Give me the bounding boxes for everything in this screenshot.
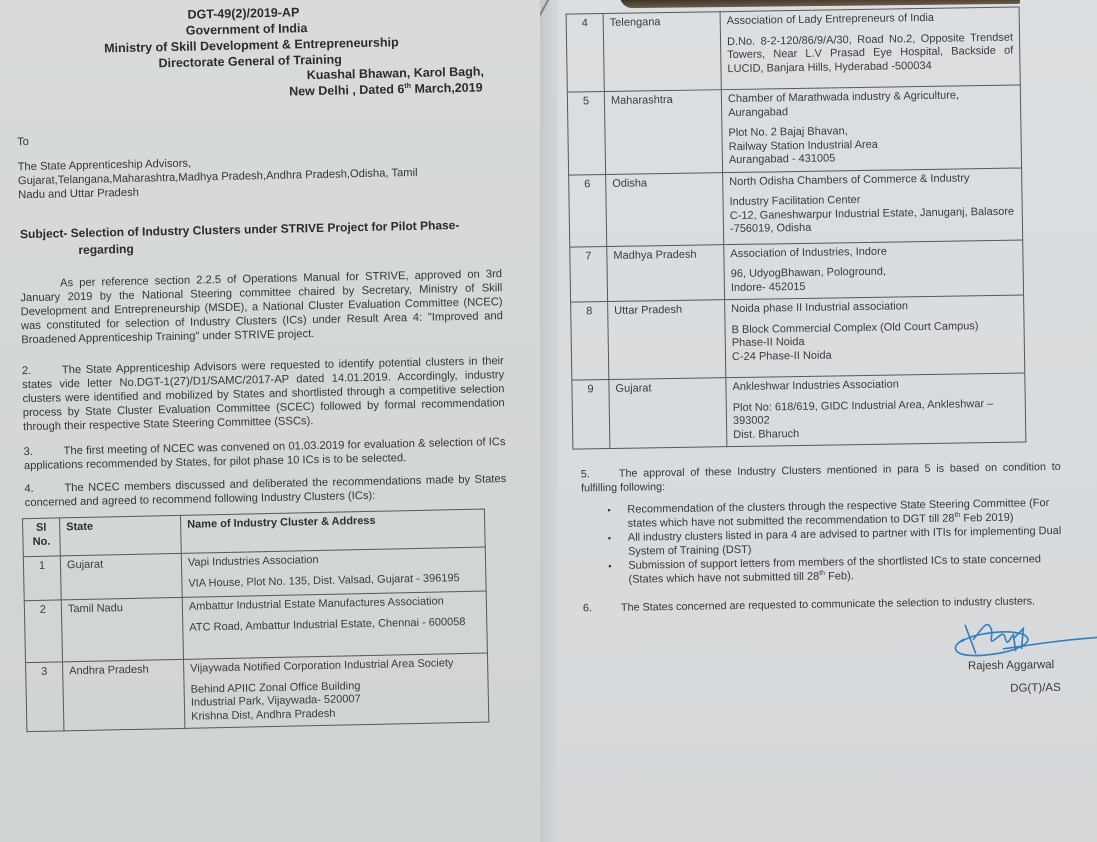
cell-sl-no: 1 bbox=[23, 556, 61, 601]
signature-icon bbox=[943, 607, 1097, 662]
conditions-list: Recommendation of the clusters through t… bbox=[605, 497, 1064, 588]
signatory-title: DG(T)/AS bbox=[1010, 682, 1061, 695]
condition-item: Submission of support letters from membe… bbox=[606, 553, 1064, 587]
signatory-name: Rajesh Aggarwal bbox=[968, 659, 1054, 672]
cluster-address: Plot No. 2 Bajaj Bhavan, Railway Station… bbox=[728, 123, 1015, 168]
cell-state: Tamil Nadu bbox=[61, 597, 183, 662]
to-label: To bbox=[17, 135, 29, 149]
cluster-name: Ambattur Industrial Estate Manufactures … bbox=[189, 595, 480, 615]
cell-sl-no: 6 bbox=[569, 174, 607, 247]
cell-state: Gujarat bbox=[609, 378, 727, 449]
cell-state: Telengana bbox=[603, 12, 721, 92]
cluster-name: Vijaywada Notified Corporation Industria… bbox=[190, 657, 481, 677]
industry-cluster-table-part-2: 4TelenganaAssociation of Lady Entreprene… bbox=[566, 7, 1027, 450]
letter-page-1: DGT-49(2)/2019-AP Government of India Mi… bbox=[0, 0, 540, 842]
cluster-address: Industry Facilitation Center C-12, Ganes… bbox=[729, 192, 1016, 237]
paragraph-4: 4.The NCEC members discussed and deliber… bbox=[24, 472, 506, 510]
cell-state: Andhra Pradesh bbox=[63, 659, 185, 731]
header-sl-no: Sl No. bbox=[23, 518, 61, 557]
cluster-name: Association of Lady Entrepreneurs of Ind… bbox=[727, 11, 1013, 29]
industry-cluster-table-part-1: Sl No. State Name of Industry Cluster & … bbox=[22, 509, 489, 733]
cell-sl-no: 2 bbox=[24, 600, 62, 663]
cluster-name: Vapi Industries Association bbox=[188, 551, 479, 571]
cell-state: Uttar Pradesh bbox=[608, 300, 726, 380]
cell-state: Madhya Pradesh bbox=[607, 244, 725, 301]
cell-cluster: Ankleshwar Industries AssociationPlot No… bbox=[726, 373, 1026, 447]
letter-page-2: 4TelenganaAssociation of Lady Entreprene… bbox=[540, 0, 1097, 842]
cell-cluster: Noida phase II Industrial associationB B… bbox=[725, 295, 1025, 378]
cell-cluster: Association of Industries, Indore96, Udy… bbox=[724, 239, 1024, 299]
cluster-address: 96, UdyogBhawan, Pologround, Indore- 452… bbox=[731, 264, 1017, 295]
cluster-address: Behind APIIC Zonal Office Building Indus… bbox=[190, 677, 482, 724]
paragraph-5: 5.The approval of these Industry Cluster… bbox=[581, 460, 1061, 496]
reference-number: DGT-49(2)/2019-AP bbox=[187, 5, 299, 21]
cell-cluster: North Odisha Chambers of Commerce & Indu… bbox=[723, 167, 1023, 244]
table-row: 7Madhya PradeshAssociation of Industries… bbox=[570, 239, 1024, 302]
cluster-name: Association of Industries, Indore bbox=[730, 243, 1016, 261]
office-address: Kuashal Bhawan, Karol Bagh, bbox=[307, 64, 484, 82]
cell-cluster: Association of Lady Entrepreneurs of Ind… bbox=[720, 7, 1020, 90]
cluster-name: North Odisha Chambers of Commerce & Indu… bbox=[729, 171, 1015, 189]
cell-cluster: Vijaywada Notified Corporation Industria… bbox=[183, 653, 488, 728]
table-row: 9GujaratAnkleshwar Industries Associatio… bbox=[572, 373, 1026, 449]
cell-cluster: Vapi Industries AssociationVIA House, Pl… bbox=[181, 547, 486, 597]
paragraph-1: As per reference section 2.2.5 of Operat… bbox=[20, 267, 503, 347]
cluster-address: VIA House, Plot No. 135, Dist. Valsad, G… bbox=[188, 571, 479, 591]
cell-sl-no: 7 bbox=[570, 246, 608, 302]
table-row: 8Uttar PradeshNoida phase II Industrial … bbox=[571, 295, 1025, 380]
table-row: 6OdishaNorth Odisha Chambers of Commerce… bbox=[569, 167, 1023, 246]
header-cluster-name-address: Name of Industry Cluster & Address bbox=[180, 509, 485, 553]
cluster-address: B Block Commercial Complex (Old Court Ca… bbox=[731, 319, 1018, 364]
paragraph-3: 3.The first meeting of NCEC was convened… bbox=[23, 435, 505, 473]
cell-sl-no: 5 bbox=[567, 92, 605, 175]
cell-sl-no: 9 bbox=[572, 379, 610, 449]
cluster-address: D.No. 8-2-120/86/9/A/30, Road No.2, Oppo… bbox=[727, 31, 1014, 76]
cluster-address: ATC Road, Ambattur Industrial Estate, Ch… bbox=[189, 615, 480, 635]
table-row: 2Tamil NaduAmbattur Industrial Estate Ma… bbox=[24, 591, 487, 663]
cell-sl-no: 4 bbox=[566, 14, 604, 93]
org-government: Government of India bbox=[186, 21, 308, 38]
table-row: 3Andhra PradeshVijaywada Notified Corpor… bbox=[26, 653, 489, 732]
table-row: 5MaharashtraChamber of Marathwada indust… bbox=[567, 85, 1021, 175]
subject-line: Subject- Selection of Industry Clusters … bbox=[20, 217, 460, 260]
cluster-name: Ankleshwar Industries Association bbox=[732, 377, 1018, 395]
header-state: State bbox=[60, 515, 182, 556]
cell-cluster: Ambattur Industrial Estate Manufactures … bbox=[182, 591, 487, 659]
cell-state: Maharashtra bbox=[604, 90, 722, 174]
cluster-address: Plot No: 618/619, GIDC Industrial Area, … bbox=[733, 397, 1020, 442]
paragraph-2: 2.The State Apprenticeship Advisors were… bbox=[22, 354, 505, 434]
cluster-name: Chamber of Marathwada industry & Agricul… bbox=[728, 89, 1014, 120]
cell-state: Gujarat bbox=[60, 553, 182, 600]
cell-state: Odisha bbox=[606, 172, 724, 246]
table-row: 4TelenganaAssociation of Lady Entreprene… bbox=[566, 7, 1020, 92]
cluster-name: Noida phase II Industrial association bbox=[731, 299, 1017, 317]
cell-sl-no: 3 bbox=[26, 662, 64, 732]
recipients: The State Apprenticeship Advisors, Gujar… bbox=[18, 150, 499, 202]
org-ministry: Ministry of Skill Development & Entrepre… bbox=[104, 35, 399, 55]
cell-sl-no: 8 bbox=[571, 302, 609, 381]
letter-date: New Delhi , Dated 6th March,2019 bbox=[289, 80, 483, 98]
cell-cluster: Chamber of Marathwada industry & Agricul… bbox=[721, 85, 1021, 172]
